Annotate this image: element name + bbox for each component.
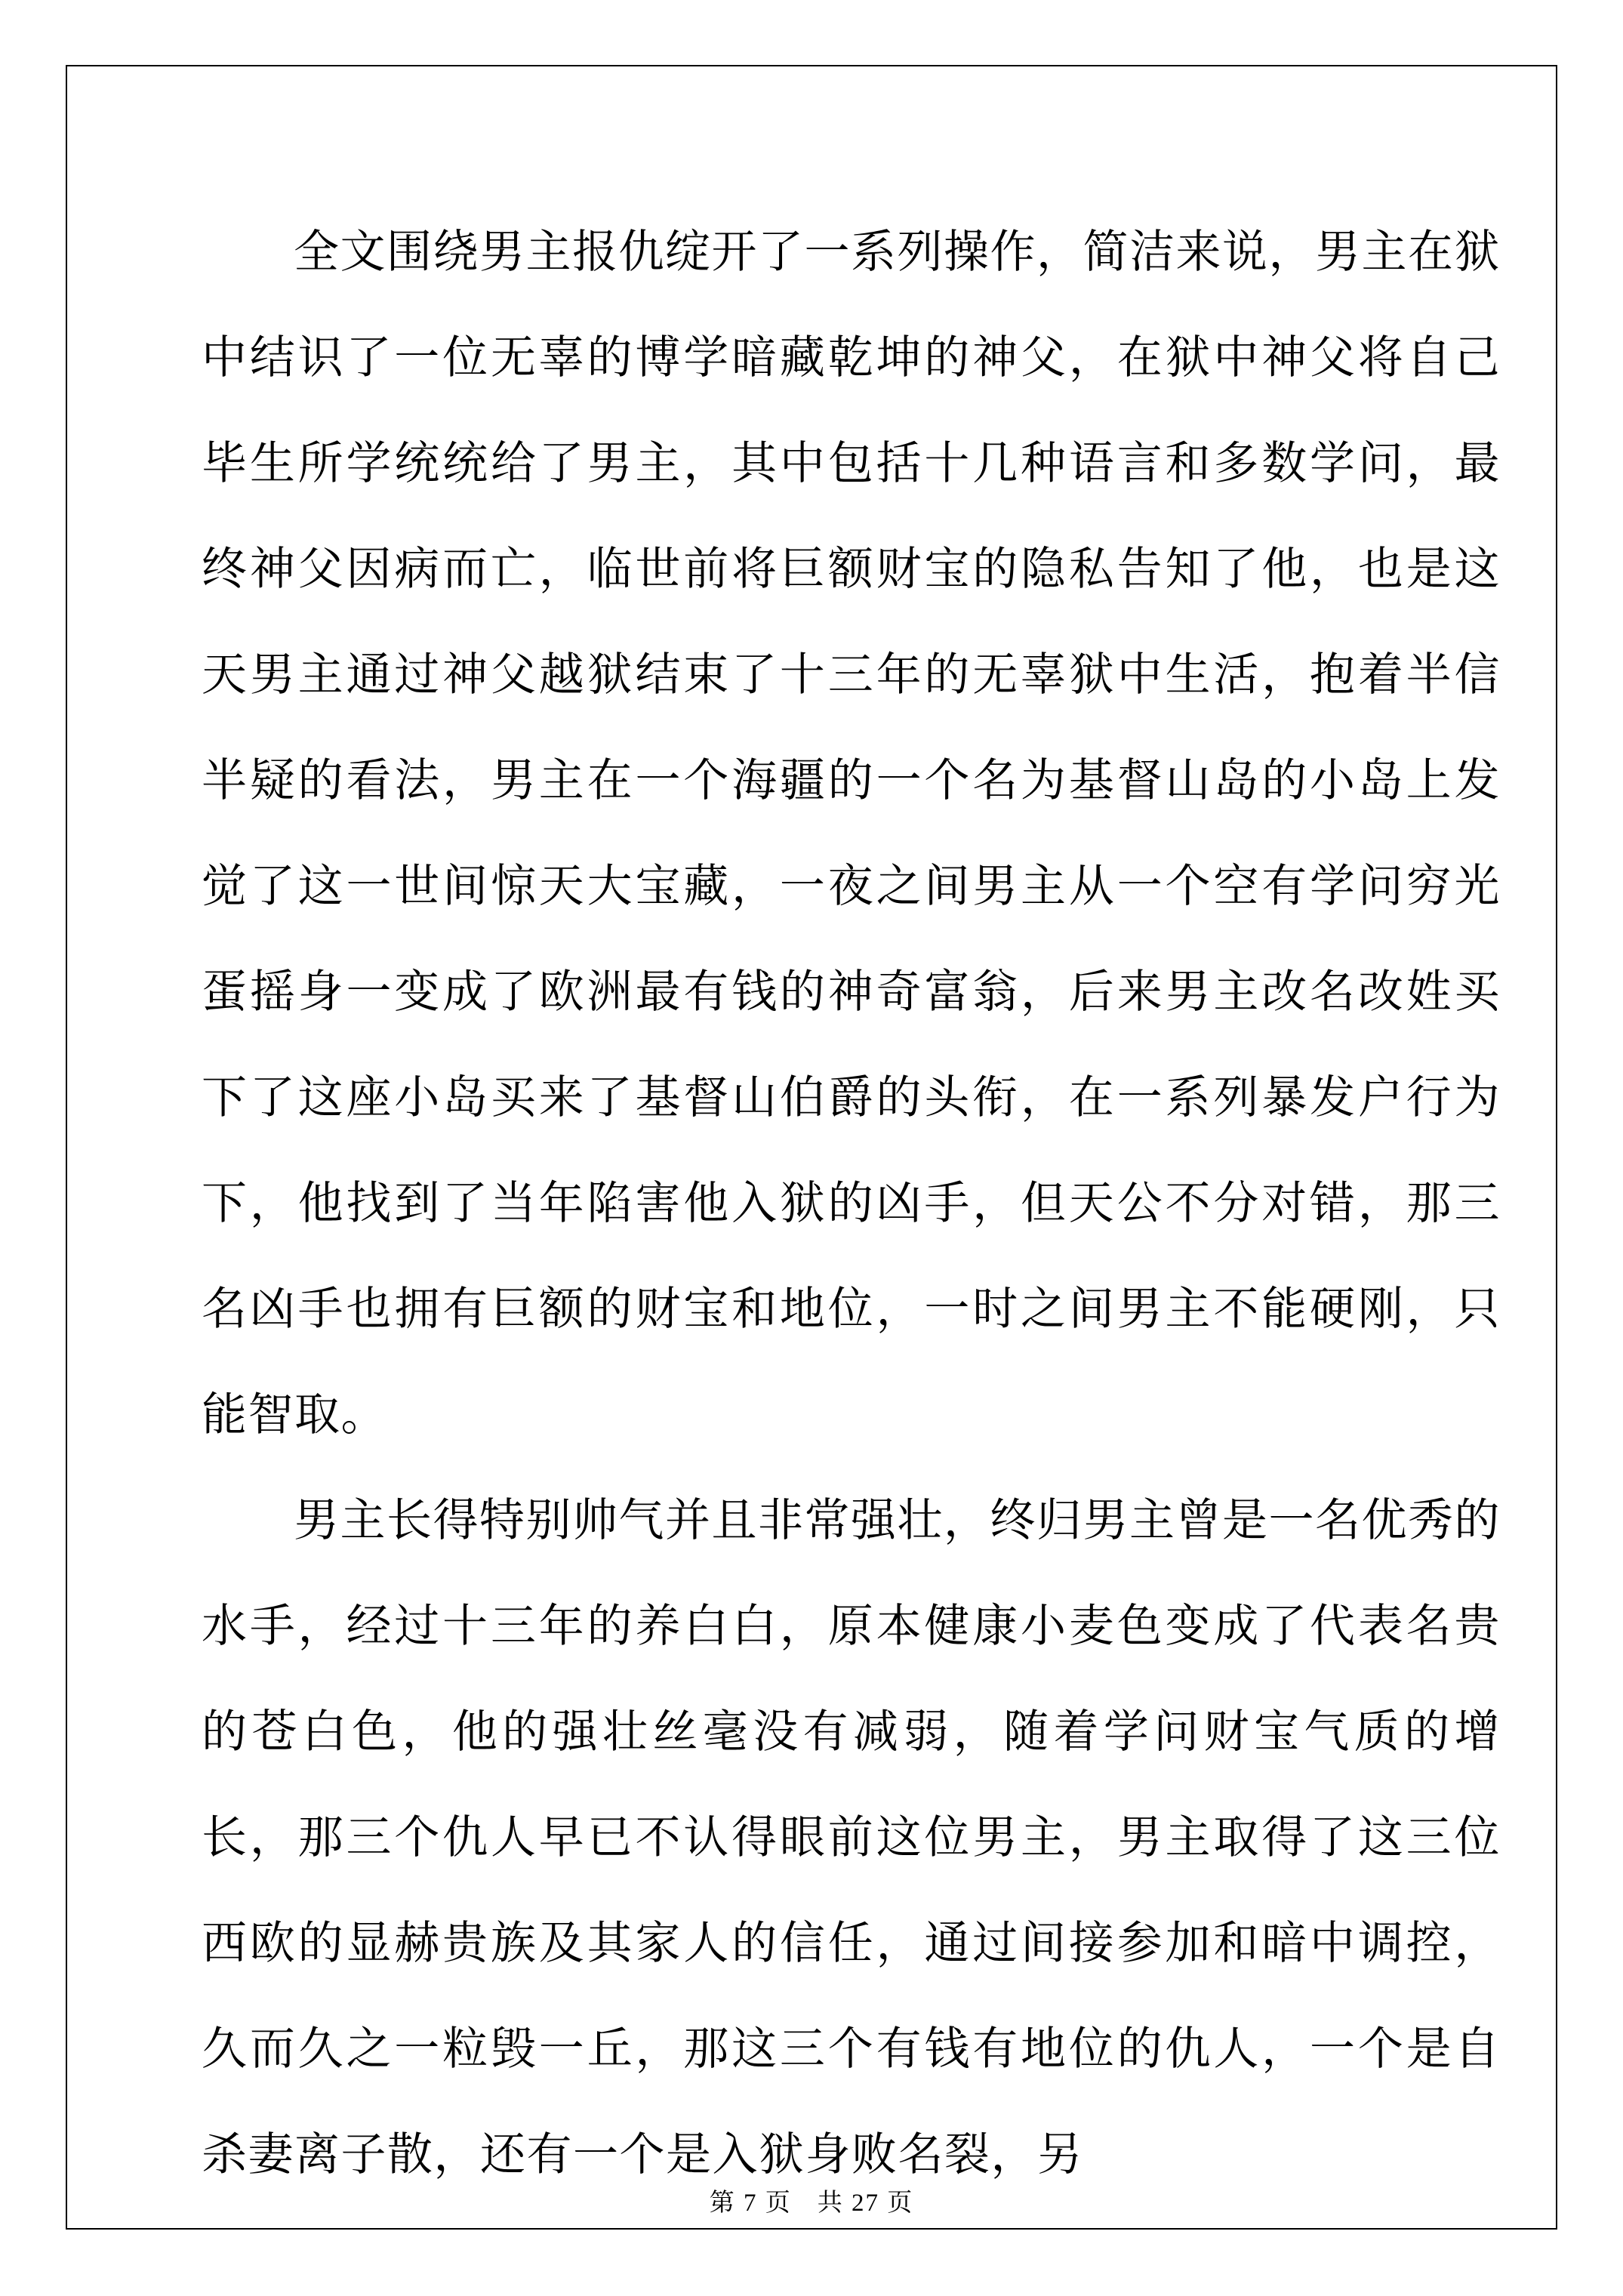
total-pages-label: 共 27 页 bbox=[818, 2180, 914, 2226]
page-footer: 第 7 页共 27 页 bbox=[67, 2180, 1556, 2226]
paragraph-2: 男主长得特别帅气并且非常强壮，终归男主曾是一名优秀的水手，经过十三年的养白白，原… bbox=[202, 1468, 1501, 2208]
document-body: 全文围绕男主报仇绽开了一系列操作，简洁来说，男主在狱中结识了一位无辜的博学暗藏乾… bbox=[202, 199, 1501, 2208]
paragraph-1: 全文围绕男主报仇绽开了一系列操作，简洁来说，男主在狱中结识了一位无辜的博学暗藏乾… bbox=[202, 199, 1501, 1468]
page-border: 全文围绕男主报仇绽开了一系列操作，简洁来说，男主在狱中结识了一位无辜的博学暗藏乾… bbox=[66, 65, 1557, 2230]
page-number-label: 第 7 页 bbox=[710, 2180, 792, 2226]
document-page: 全文围绕男主报仇绽开了一系列操作，简洁来说，男主在狱中结识了一位无辜的博学暗藏乾… bbox=[0, 0, 1623, 2296]
